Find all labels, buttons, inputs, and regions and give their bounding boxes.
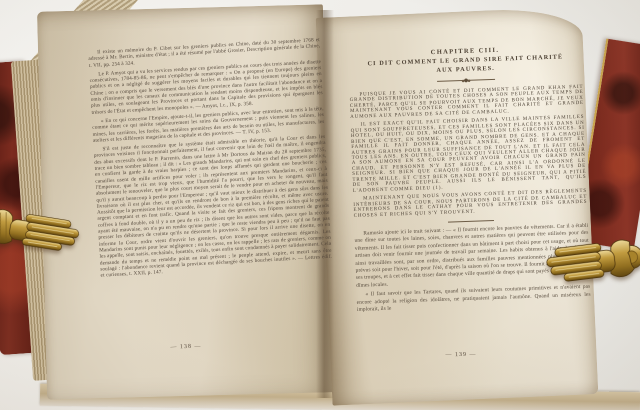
- body-paragraph: IL EST EXACT QU'IL FAIT CHOISIR DANS LA …: [350, 115, 586, 194]
- footnote-paragraph: S'il est juste de reconnaître que le sys…: [93, 134, 332, 279]
- heading-ornament-icon: [437, 77, 495, 84]
- footnote-separator: [448, 220, 494, 223]
- hand-clasp-right-icon: [543, 232, 640, 299]
- open-book: Il existe un mémoire du P. Cibot sur les…: [0, 0, 640, 410]
- body-paragraph: MAINTENANT QUE NOUS VOUS AVONS CONTÉ ET …: [353, 189, 588, 219]
- body-paragraph: PUISQUE JE VOUS AI CONTÉ ET DIT COMMENT …: [349, 85, 584, 120]
- chapter-heading: CHAPITRE CIII. CI DIT COMMENT LE GRAND S…: [348, 44, 583, 87]
- chapter-body: PUISQUE JE VOUS AI CONTÉ ET DIT COMMENT …: [349, 85, 587, 219]
- left-page-text: Il existe un mémoire du P. Cibot sur les…: [88, 37, 333, 282]
- photo-background: Il existe un mémoire du P. Cibot sur les…: [0, 0, 640, 410]
